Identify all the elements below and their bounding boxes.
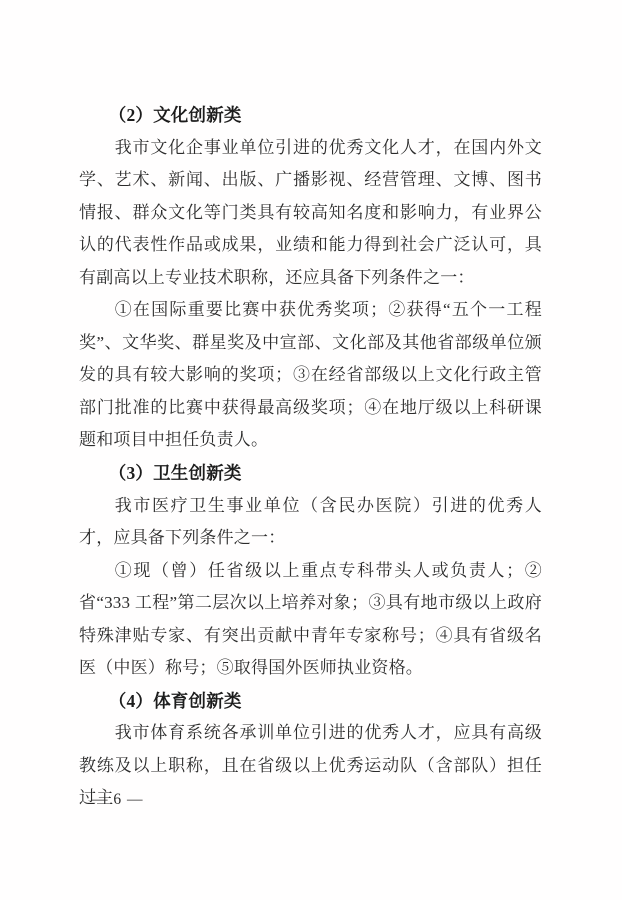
paragraph-health-intro: 我市医疗卫生事业单位（含民办医院）引进的优秀人才，应具备下列条件之一： xyxy=(79,490,542,555)
section-heading-culture-innovation: （2）文化创新类 xyxy=(79,99,542,132)
section-heading-sports-innovation: （4）体育创新类 xyxy=(79,685,542,718)
paragraph-health-conditions: ①现（曾）任省级以上重点专科带头人或负责人；②省“333 工程”第二层次以上培养… xyxy=(79,555,542,685)
section-heading-health-innovation: （3）卫生创新类 xyxy=(79,457,542,490)
paragraph-culture-intro: 我市文化企事业单位引进的优秀文化人才，在国内外文学、艺术、新闻、出版、广播影视、… xyxy=(79,132,542,295)
paragraph-culture-conditions: ①在国际重要比赛中获优秀奖项；②获得“五个一工程奖”、文华奖、群星奖及中宣部、文… xyxy=(79,294,542,457)
paragraph-sports-intro: 我市体育系统各承训单位引进的优秀人才，应具有高级教练及以上职称，且在省级以上优秀… xyxy=(79,717,542,815)
document-page: （2）文化创新类 我市文化企事业单位引进的优秀文化人才，在国内外文学、艺术、新闻… xyxy=(0,0,622,900)
document-body: （2）文化创新类 我市文化企事业单位引进的优秀文化人才，在国内外文学、艺术、新闻… xyxy=(79,99,542,815)
page-number: — 6 — xyxy=(92,791,144,809)
